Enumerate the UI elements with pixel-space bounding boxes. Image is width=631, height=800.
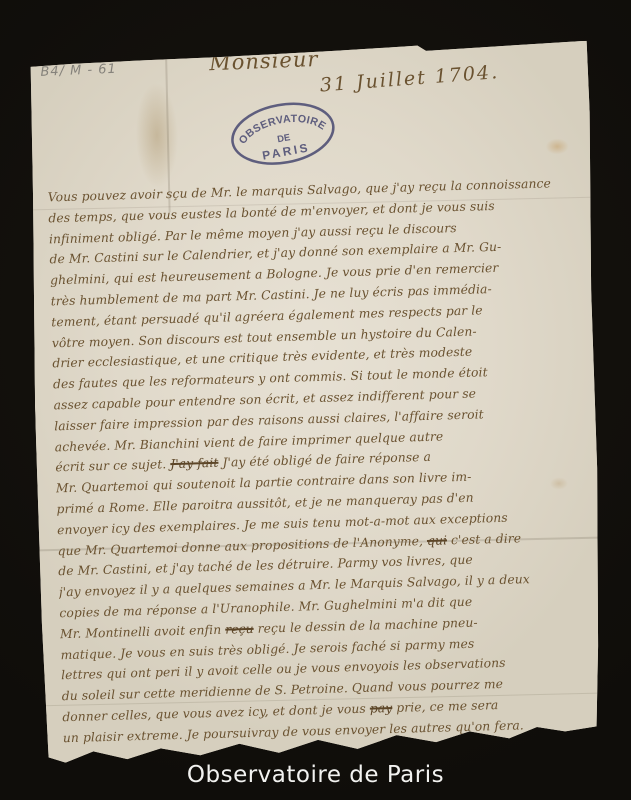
- letter-page: B4/ M - 61 Monsieur 31 Juillet 1704. OBS…: [27, 41, 605, 766]
- salutation: Monsieur: [209, 47, 319, 75]
- letter-body: Vous pouvez avoir sçu de Mr. le marquis …: [48, 173, 596, 764]
- observatoire-paris-stamp: OBSERVATOIRE DE PARIS: [222, 90, 344, 177]
- letter-date: 31 Juillet 1704.: [319, 61, 500, 96]
- caption: Observatoire de Paris: [0, 762, 631, 788]
- archive-shelfmark: B4/ M - 61: [40, 62, 117, 80]
- stamp-text-middle: DE: [276, 132, 291, 144]
- stamp-text-bottom: PARIS: [261, 140, 311, 162]
- stamp-oval: OBSERVATOIRE DE PARIS: [222, 90, 344, 177]
- photo-background: B4/ M - 61 Monsieur 31 Juillet 1704. OBS…: [0, 0, 631, 800]
